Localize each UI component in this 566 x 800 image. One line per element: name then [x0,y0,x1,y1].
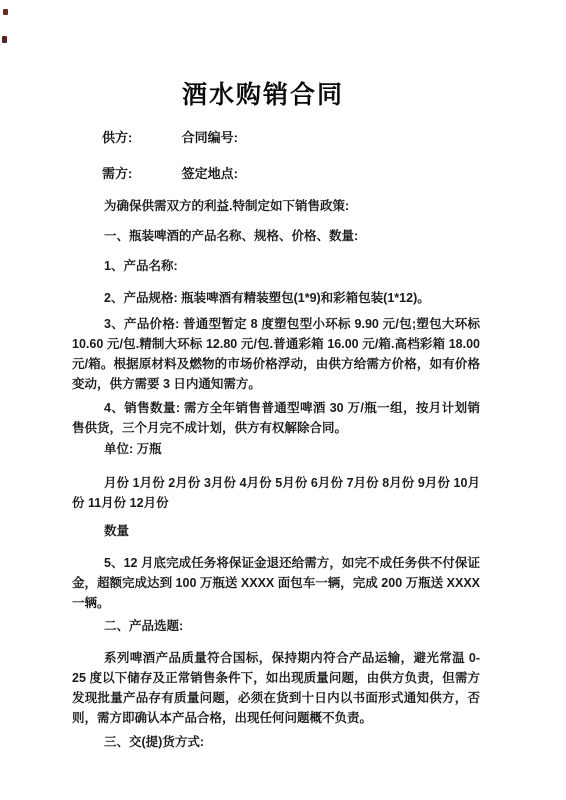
para-product-name: 1、产品名称: [72,256,480,276]
para-product-spec: 2、产品规格: 瓶装啤酒有精装塑包(1*9)和彩箱包装(1*12)。 [72,288,480,308]
page-speck-bottom [2,36,7,43]
contract-body: 为确保供需双方的利益.特制定如下销售政策: 一、瓶装啤酒的产品名称、规格、价格、… [72,196,480,752]
heading-section-two: 二、产品选题: [72,616,480,636]
heading-section-three: 三、交(提)货方式: [72,732,480,752]
buyer-label: 需方: [102,164,178,184]
page-speck-top [3,9,8,15]
meta-row-buyer: 需方: 签定地点: [102,164,566,184]
contract-number-label: 合同编号: [182,130,238,145]
page-title: 酒水购销合同 [0,80,546,110]
para-preamble: 为确保供需双方的利益.特制定如下销售政策: [72,196,480,216]
para-months: 月份 1月份 2月份 3月份 4月份 5月份 6月份 7月份 8月份 9月份 1… [72,473,480,513]
para-quality-terms: 系列啤酒产品质量符合国标，保持期内符合产品运输，避光常温 0-25 度以下储存及… [72,648,480,728]
meta-row-supplier: 供方: 合同编号: [102,128,566,148]
contract-document-page: 酒水购销合同 供方: 合同编号: 需方: 签定地点: 为确保供需双方的利益.特制… [0,0,566,800]
supplier-label: 供方: [102,128,178,148]
para-deposit-terms: 5、12 月底完成任务将保证金退还给需方，如完不成任务供不付保证金，超额完成达到… [72,553,480,613]
para-quantity-label: 数量 [72,521,480,541]
para-unit: 单位: 万瓶 [72,439,480,459]
para-sales-quantity: 4、销售数量: 需方全年销售普通型啤酒 30 万/瓶一组，按月计划销售供货，三个… [72,398,480,438]
signing-place-label: 签定地点: [182,166,238,181]
heading-section-one: 一、瓶装啤酒的产品名称、规格、价格、数量: [72,226,480,246]
para-product-price: 3、产品价格: 普通型暂定 8 度塑包型小环标 9.90 元/包;塑包大环标 1… [72,314,480,394]
